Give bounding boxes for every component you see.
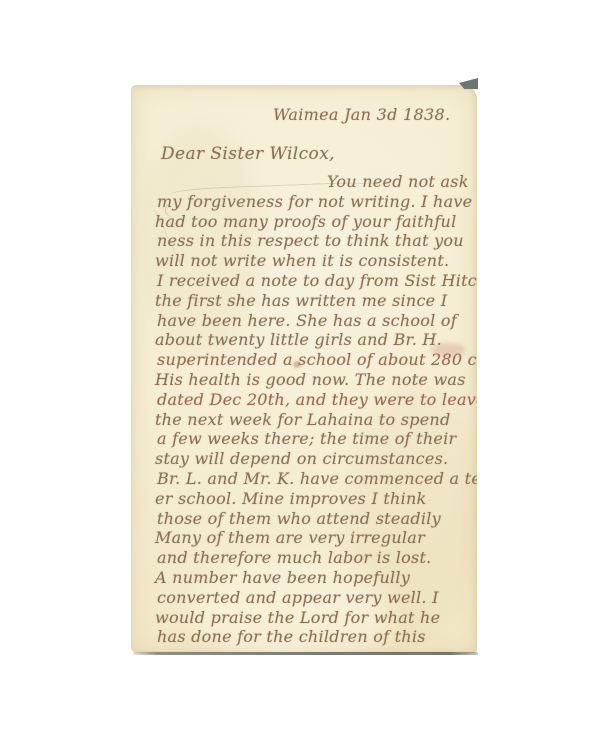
letter-line: His health is good now. The note was <box>155 370 475 390</box>
letter-line: would praise the Lord for what he <box>155 608 475 628</box>
letter-line: ness in this respect to think that you <box>157 231 475 251</box>
letter-salutation: Dear Sister Wilcox, <box>161 144 335 164</box>
scanned-letter-image: Waimea Jan 3d 1838. Dear Sister Wilcox, … <box>0 0 607 741</box>
letter-line: the next week for Lahaina to spend <box>155 410 475 430</box>
letter-line: Br. L. and Mr. K. have commenced a teach <box>157 469 475 489</box>
letter-line: have been here. She has a school of <box>157 311 475 331</box>
letter-line: the first she has written me since I <box>155 291 475 311</box>
letter-line: my forgiveness for not writing. I have <box>157 192 475 212</box>
letter-line: will not write when it is consistent. <box>155 251 475 271</box>
letter-body: You need not askmy forgiveness for not w… <box>155 172 475 647</box>
letter-line: a few weeks there; the time of their <box>157 429 475 449</box>
letter-line: and therefore much labor is lost. <box>157 548 475 568</box>
letter-line: superintended a school of about 280 chil… <box>157 350 475 370</box>
letter-line: Many of them are very irregular <box>155 528 475 548</box>
letter-line: dated Dec 20th, and they were to leave <box>157 390 475 410</box>
letter-text: Waimea Jan 3d 1838. Dear Sister Wilcox, … <box>131 85 477 653</box>
letter-line: You need not ask <box>155 172 475 192</box>
letter-line: those of them who attend steadily <box>157 509 475 529</box>
letter-dateline: Waimea Jan 3d 1838. <box>273 105 450 124</box>
letter-line: had too many proofs of your faithful <box>155 212 475 232</box>
letter-line: er school. Mine improves I think <box>155 489 475 509</box>
letter-line: converted and appear very well. I <box>157 588 475 608</box>
paper-shadow <box>133 652 478 655</box>
letter-line: has done for the children of this <box>157 627 475 647</box>
letter-line: stay will depend on circumstances. <box>155 449 475 469</box>
letter-line: A number have been hopefully <box>155 568 475 588</box>
letter-line: about twenty little girls and Br. H. <box>155 330 475 350</box>
letter-page: Waimea Jan 3d 1838. Dear Sister Wilcox, … <box>131 85 477 653</box>
letter-line: I received a note to day from Sist Hitch… <box>157 271 475 291</box>
